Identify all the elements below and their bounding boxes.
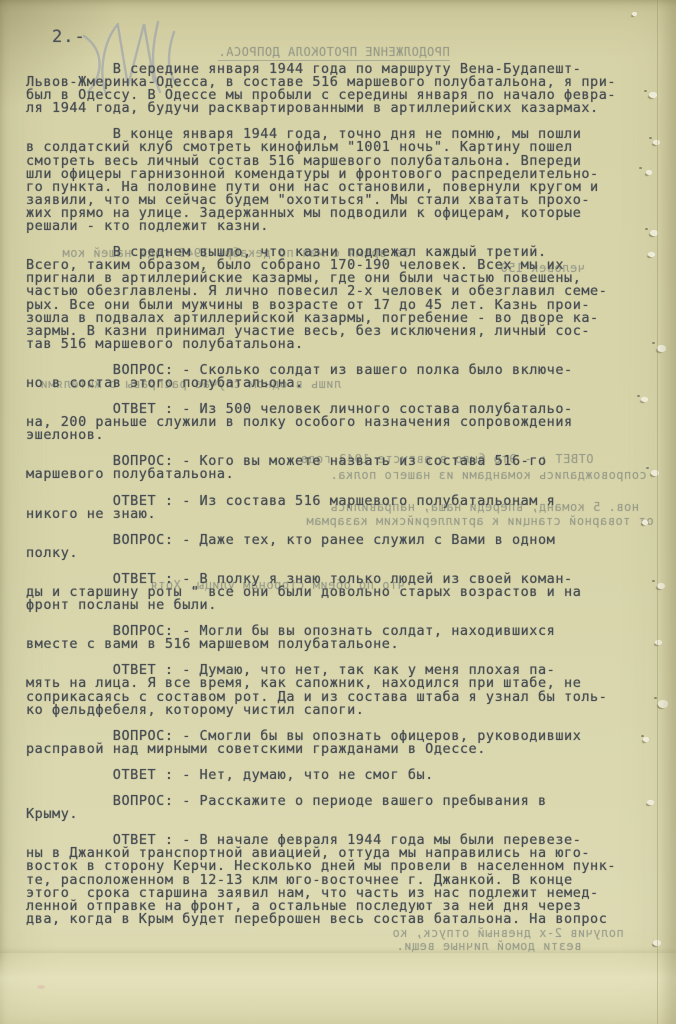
paper-speck xyxy=(645,228,648,230)
binding-hole xyxy=(648,252,655,257)
paper-speck xyxy=(652,580,655,582)
paper-speck xyxy=(639,167,642,169)
paper-speck xyxy=(652,342,655,344)
answer: ОТВЕТ : - Нет, думаю, что не смог бы. xyxy=(26,769,650,782)
question: ВОПРОС: - Расскажите о периоде вашего пр… xyxy=(26,795,650,821)
binding-hole xyxy=(646,170,652,175)
page-edge xyxy=(657,0,676,1024)
question: ВОПРОС: - Кого вы можете назвать из сост… xyxy=(26,455,650,481)
paper-speck xyxy=(637,395,640,397)
binding-hole xyxy=(642,520,648,525)
paper-speck xyxy=(641,735,644,737)
answer: ОТВЕТ : - В полку я знаю только людей из… xyxy=(26,573,650,612)
paragraph: В конце января 1944 года, точно дня не п… xyxy=(26,128,650,233)
binding-hole xyxy=(641,397,648,402)
paper-speck xyxy=(646,467,649,469)
binding-hole xyxy=(643,737,649,742)
paragraph: В середине января 1944 года по маршруту … xyxy=(26,63,650,115)
bleedthrough-text: везти домой личные вещи. xyxy=(396,939,581,953)
question: ВОПРОС: - Даже тех, кто ранее служил с В… xyxy=(26,534,650,560)
answer: ОТВЕТ : - Из состава 516 маршевого полуб… xyxy=(26,495,650,521)
paper-crease xyxy=(0,953,676,1024)
answer: ОТВЕТ : - Из 500 человек личного состава… xyxy=(26,403,650,442)
question: ВОПРОС: - Сколько солдат из вашего полка… xyxy=(26,364,650,390)
paper-speck xyxy=(644,90,647,92)
question: ВОПРОС: - Смогли бы вы опознать офицеров… xyxy=(26,730,650,756)
binding-hole xyxy=(649,92,657,98)
answer: ОТВЕТ : - Думаю, что нет, так как у меня… xyxy=(26,664,650,716)
bleedthrough-text: получив 2-х дневный отпуск, ко xyxy=(392,926,624,940)
binding-hole xyxy=(632,12,637,16)
bleedthrough-text: ПРОДОЛЖЕНИЕ ПРОТОКОЛА ДОПРОСА. xyxy=(218,45,450,61)
document-page: ПРОДОЛЖЕНИЕ ПРОТОКОЛА ДОПРОСА.За время с… xyxy=(0,0,676,1024)
binding-hole xyxy=(647,800,654,805)
answer: ОТВЕТ : - В начале февраля 1944 года мы … xyxy=(26,834,650,926)
question: ВОПРОС: - Могли бы вы опознать солдат, н… xyxy=(26,625,650,651)
typewritten-text: В середине января 1944 года по маршруту … xyxy=(26,63,650,926)
paper-speck xyxy=(649,137,652,139)
paragraph: В среднем вышло, что казни подлежал кажд… xyxy=(26,246,650,351)
